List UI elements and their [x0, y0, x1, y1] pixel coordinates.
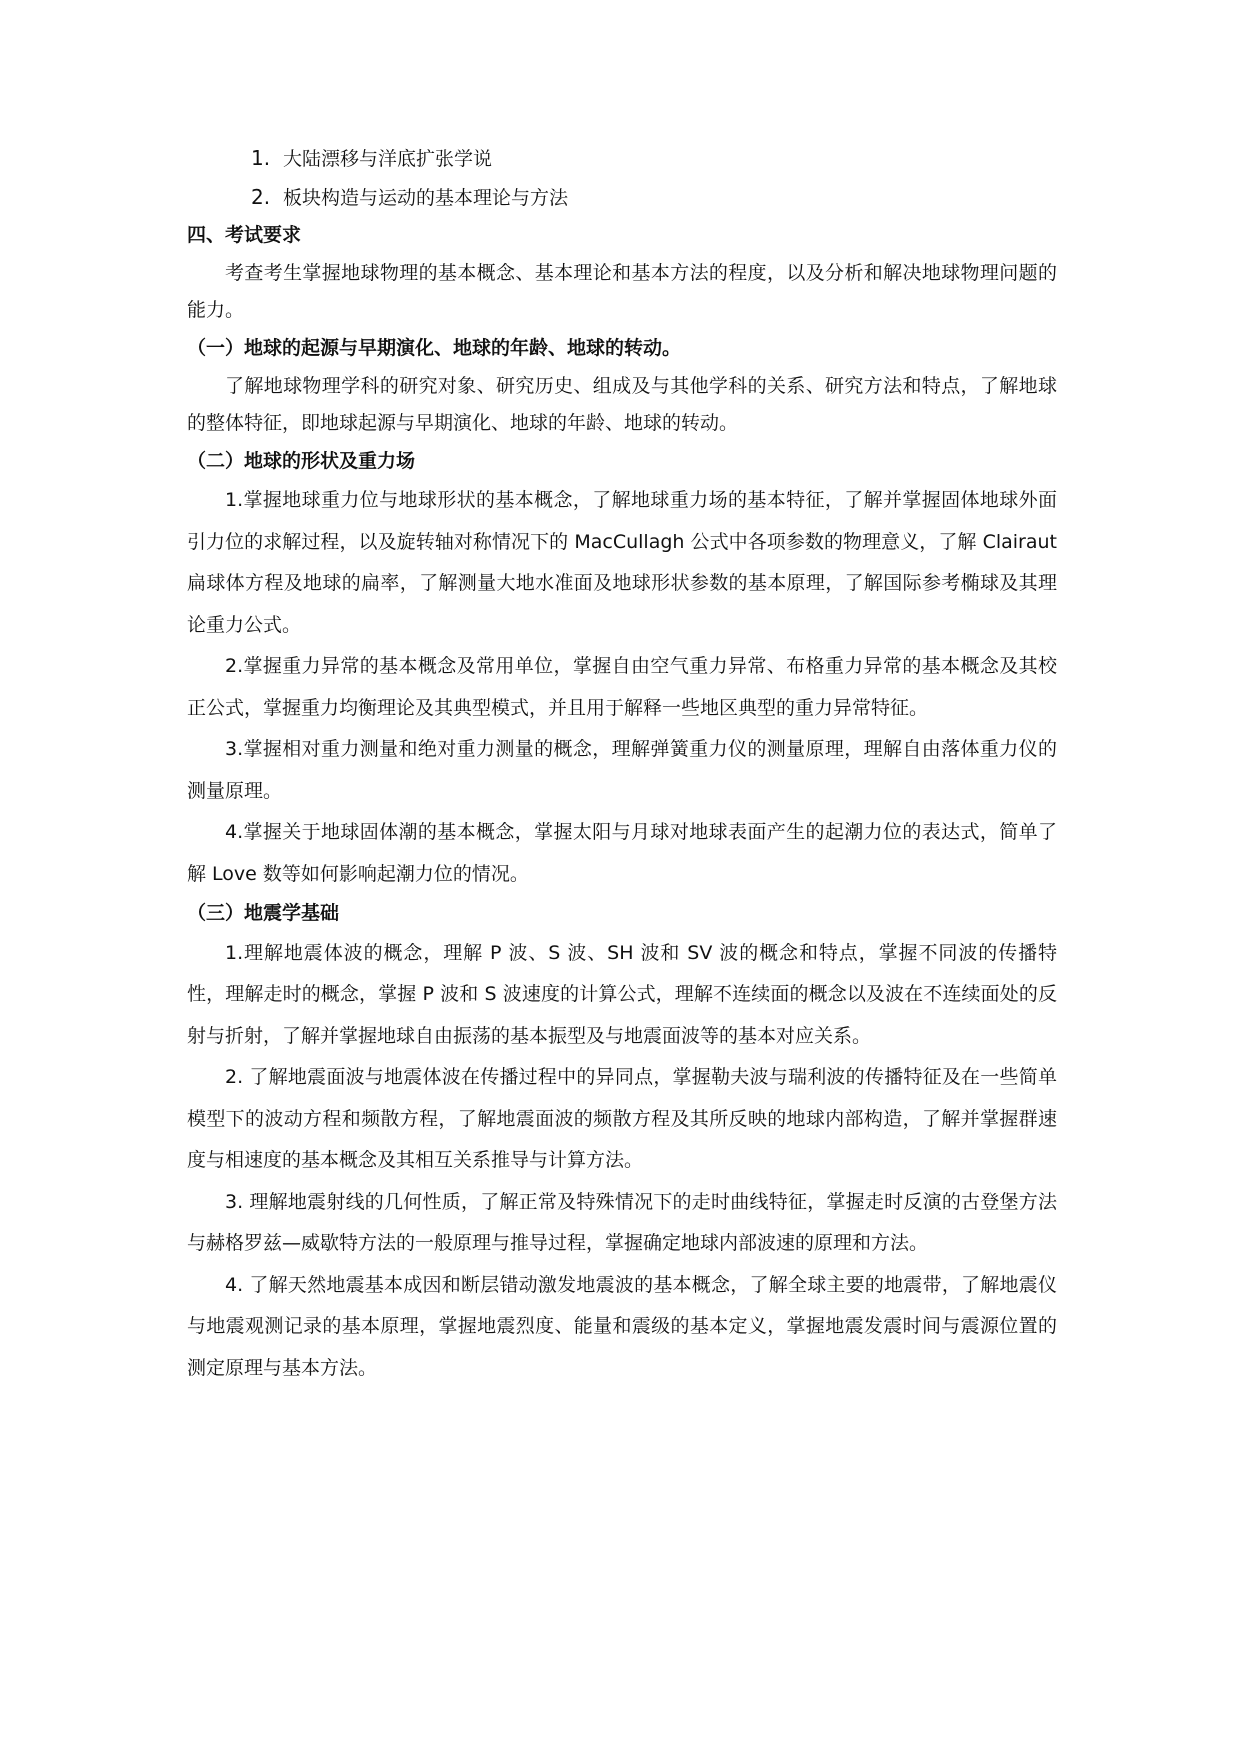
paragraph: 4.掌握关于地球固体潮的基本概念，掌握太阳与月球对地球表面产生的起潮力位的表达式…	[187, 812, 1057, 895]
paragraph: 1.理解地震体波的概念，理解 P 波、S 波、SH 波和 SV 波的概念和特点，…	[187, 933, 1057, 1058]
paragraph: 了解地球物理学科的研究对象、研究历史、组成及与其他学科的关系、研究方法和特点，了…	[187, 368, 1057, 443]
paragraph: 2.掌握重力异常的基本概念及常用单位，掌握自由空气重力异常、布格重力异常的基本概…	[187, 646, 1057, 729]
paragraph: 3.掌握相对重力测量和绝对重力测量的概念，理解弹簧重力仪的测量原理，理解自由落体…	[187, 729, 1057, 812]
list-number: 1.	[251, 140, 277, 178]
list-number: 2.	[251, 179, 277, 217]
section-intro-paragraph: 考查考生掌握地球物理的基本概念、基本理论和基本方法的程度，以及分析和解决地球物理…	[187, 255, 1057, 330]
list-item: 2. 板块构造与运动的基本理论与方法	[187, 179, 1057, 218]
paragraph: 4. 了解天然地震基本成因和断层错动激发地震波的基本概念，了解全球主要的地震带，…	[187, 1265, 1057, 1390]
paragraph: 1.掌握地球重力位与地球形状的基本概念，了解地球重力场的基本特征，了解并掌握固体…	[187, 480, 1057, 646]
list-item: 1. 大陆漂移与洋底扩张学说	[187, 140, 1057, 179]
subsection-heading-earth-origin: （一）地球的起源与早期演化、地球的年龄、地球的转动。	[187, 330, 1057, 368]
paragraph: 3. 理解地震射线的几何性质，了解正常及特殊情况下的走时曲线特征，掌握走时反演的…	[187, 1182, 1057, 1265]
section-heading-exam-requirements: 四、考试要求	[187, 217, 1057, 255]
subsection-heading-earth-shape-gravity: （二）地球的形状及重力场	[187, 443, 1057, 481]
paragraph: 2. 了解地震面波与地震体波在传播过程中的异同点，掌握勒夫波与瑞利波的传播特征及…	[187, 1057, 1057, 1182]
subsection-heading-seismology: （三）地震学基础	[187, 895, 1057, 933]
list-text: 大陆漂移与洋底扩张学说	[283, 148, 492, 170]
document-page: 1. 大陆漂移与洋底扩张学说 2. 板块构造与运动的基本理论与方法 四、考试要求…	[187, 140, 1057, 1389]
list-text: 板块构造与运动的基本理论与方法	[283, 187, 568, 209]
